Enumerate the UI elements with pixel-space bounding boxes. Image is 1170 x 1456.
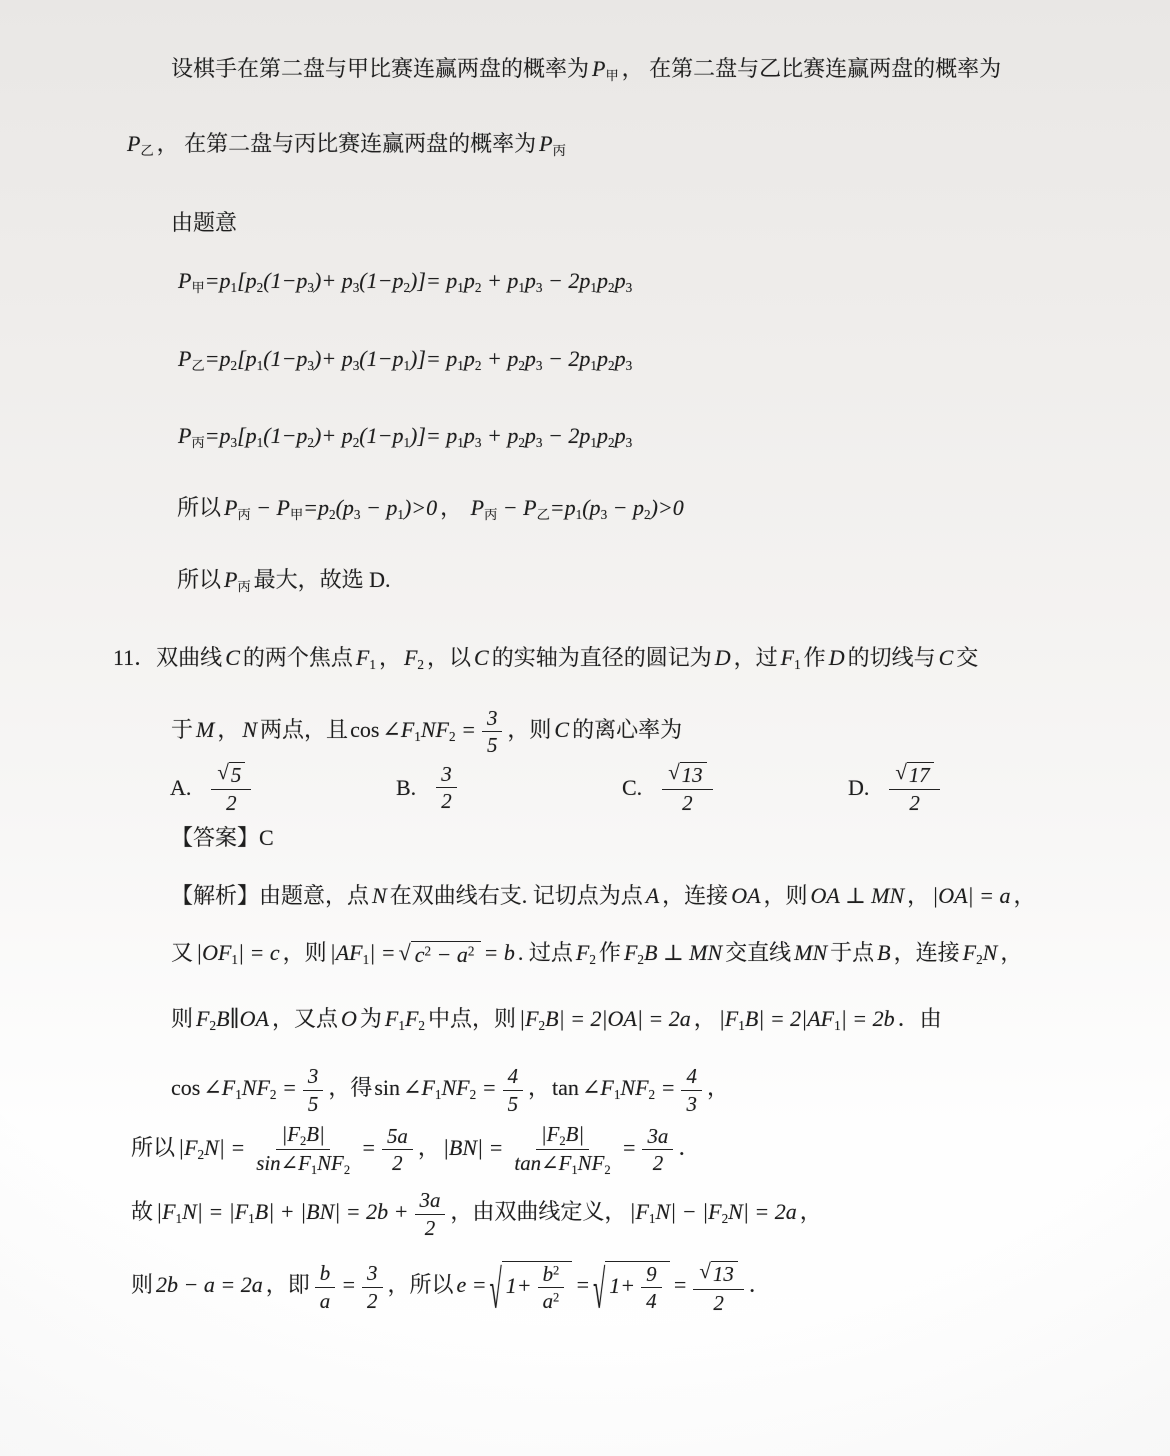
math-run: P甲=p1[p2(1−p3)+ p3(1−p2)]= p1p2 + p1p3 −… [176, 268, 634, 293]
fraction: √132 [693, 1259, 743, 1315]
math-run: P丙 − P乙=p1(p3 − p2)>0 [469, 495, 686, 520]
fraction: 35 [482, 706, 502, 758]
text-run: ， [439, 495, 469, 520]
text-run: 故 [130, 1199, 154, 1224]
analysis-line-5: 所以|F2N| =|F2B|sin∠F1NF2=5a2，|BN| =|F2B|t… [0, 1122, 1170, 1179]
fraction-denominator: 5 [503, 1091, 523, 1117]
option-b: B. 32 [396, 762, 622, 814]
text-run: ，则 [763, 883, 809, 908]
fraction: 45 [503, 1064, 523, 1116]
fraction-numerator: √17 [889, 760, 939, 790]
fraction-numerator: |F2B| [276, 1122, 329, 1151]
math-run: F2B∥OA [194, 1006, 271, 1031]
text-run: ， [799, 1199, 823, 1224]
math-run: ∠F1NF2 = [401, 1075, 499, 1100]
text-run: 为 [359, 1006, 383, 1031]
math-run: F1 [779, 645, 803, 670]
option-c: C. √132 [622, 760, 848, 816]
sqrt-radical: √17 [895, 762, 933, 788]
text-run: sin [373, 1075, 401, 1100]
fraction-numerator: 5a [382, 1124, 413, 1151]
text-run: 则 [170, 1006, 194, 1031]
analysis-line-4: cos∠F1NF2 =35，得sin∠F1NF2 =45，tan∠F1NF2 =… [0, 1064, 1170, 1116]
fraction-numerator: 3 [362, 1261, 382, 1288]
text-run: 11．双曲线 [112, 645, 223, 670]
fraction: 32 [362, 1261, 382, 1313]
math-run: |F2N| = [176, 1135, 247, 1160]
text-run: ，得 [327, 1075, 373, 1100]
radical-sign: √ [490, 1261, 502, 1318]
fraction-numerator: 3a [642, 1124, 673, 1151]
question-11-line-2: 于M，N两点，且cos∠F1NF2 =35，则C的离心率为 [0, 706, 1170, 758]
radical-sign: √ [668, 762, 679, 784]
text-run: ， [417, 1135, 441, 1160]
math-run: P丙=p3[p1(1−p2)+ p2(1−p1)]= p1p3 + p2p3 −… [176, 423, 634, 448]
fraction-numerator: b [315, 1261, 335, 1288]
option-c-value: √132 [658, 760, 716, 816]
math-run: C [472, 645, 491, 670]
fraction-numerator: 3a [415, 1188, 446, 1215]
fraction-numerator: b2 [538, 1262, 565, 1289]
fraction-numerator: 3 [482, 706, 502, 733]
math-run: F2B ⊥ MN [622, 940, 724, 965]
text-run: ，则 [282, 940, 328, 965]
text-run: ，连接 [661, 883, 729, 908]
text-run: 交 [955, 645, 979, 670]
text-run: ，则 [506, 717, 552, 742]
radicand: 1+b2a2 [502, 1261, 573, 1314]
radicand: c2 − a2 [411, 941, 481, 968]
fraction-numerator: 3 [303, 1064, 323, 1091]
math-run: = [620, 1135, 639, 1160]
answer-line: 【答案】C [0, 821, 1170, 855]
analysis-line-3: 则F2B∥OA，又点O为F1F2中点，则|F2B| = 2|OA| = 2a，|… [0, 1002, 1170, 1043]
fraction: 3a2 [415, 1188, 446, 1240]
radical-sign: √ [217, 762, 228, 784]
text-run: cos [349, 717, 380, 742]
math-run: = [573, 1272, 592, 1297]
prob-setup-line-2: P乙， 在第二盘与丙比赛连赢两盘的概率为P丙 [0, 127, 1170, 168]
math-run: N [370, 883, 389, 908]
text-run: ， [906, 883, 930, 908]
fraction-denominator: sin∠F1NF2 [251, 1150, 355, 1178]
text-run: 作 [803, 645, 827, 670]
math-run: c2 − a2 [413, 942, 477, 967]
text-run: ， [216, 717, 240, 742]
math-run: F2 [402, 645, 426, 670]
text-run: ． [677, 1135, 701, 1160]
math-run: P乙=p2[p1(1−p3)+ p3(1−p1)]= p1p2 + p2p3 −… [176, 346, 634, 371]
text-run: 的离心率为 [571, 717, 683, 742]
fraction-denominator: 2 [648, 1150, 668, 1176]
fraction-denominator: 2 [677, 790, 697, 816]
fraction-numerator: 4 [503, 1064, 523, 1091]
text-run: tan [551, 1075, 580, 1100]
math-run: ∠F1NF2 = [380, 717, 478, 742]
math-run: P丙 [222, 567, 253, 592]
radicand: 1+94 [605, 1261, 669, 1314]
math-run: 1+ [607, 1273, 637, 1298]
text-run: . 过点 [517, 940, 574, 965]
option-a-label: A. [170, 771, 191, 805]
math-run: P丙 − P甲=p2(p3 − p1)>0 [222, 495, 439, 520]
sqrt-radical: √1+94 [593, 1261, 669, 1314]
math-run: F2 [574, 940, 598, 965]
text-run: ， [1012, 883, 1036, 908]
fraction-numerator: 3 [436, 762, 456, 789]
option-a: A. √52 [170, 760, 396, 816]
text-run: 最大，故选 D. [253, 567, 392, 592]
math-run: F1 [354, 645, 378, 670]
option-b-value: 32 [432, 762, 460, 814]
math-run: ∠F1NF2 = [201, 1075, 299, 1100]
sqrt-radical: √1+b2a2 [490, 1261, 573, 1314]
option-b-label: B. [396, 771, 416, 805]
option-d-value: √172 [885, 760, 943, 816]
math-run: C [552, 717, 571, 742]
fraction-denominator: 5 [303, 1091, 323, 1117]
math-run: F2N [961, 940, 1000, 965]
fraction-numerator: √13 [693, 1259, 743, 1289]
options-row: A. √52 B. 32 C. √132 D. √172 [0, 760, 1170, 816]
fraction: |F2B|tan∠F1NF2 [509, 1122, 615, 1179]
fraction: 43 [681, 1064, 701, 1116]
text-run: 由题意 [170, 210, 238, 235]
fraction-numerator: √13 [662, 760, 712, 790]
fraction: 5a2 [382, 1124, 413, 1176]
radicand: 17 [907, 762, 934, 788]
math-run: |F2B| = 2|OA| = 2a [517, 1006, 693, 1031]
fraction: ba [315, 1261, 335, 1313]
sqrt-radical: √c2 − a2 [399, 941, 481, 968]
text-run: ，即 [265, 1272, 311, 1297]
text-run: 的实轴为直径的圆记为 [491, 645, 713, 670]
fraction-numerator: 9 [641, 1262, 661, 1289]
sqrt-radical: √5 [217, 762, 245, 788]
text-run: ，由双曲线定义， [449, 1199, 627, 1224]
text-run: ，以 [426, 645, 472, 670]
text-run: ， [693, 1006, 717, 1031]
fraction-denominator: a [315, 1288, 335, 1314]
conclusion-choose-d: 所以P丙最大，故选 D. [0, 563, 1170, 604]
text-run: 所以 [176, 495, 222, 520]
math-run: |F1B| = 2|AF1| = 2b [717, 1006, 897, 1031]
sqrt-radical: √13 [668, 762, 706, 788]
text-run: 交直线 [724, 940, 792, 965]
math-run: C [223, 645, 242, 670]
fraction: √132 [662, 760, 712, 816]
question-11-line-1: 11．双曲线C的两个焦点F1，F2，以C的实轴为直径的圆记为D，过F1作D的切线… [0, 641, 1170, 682]
option-d: D. √172 [848, 760, 1074, 816]
radicand: 5 [229, 762, 245, 788]
text-run: 【答案】C [170, 825, 275, 850]
analysis-line-6: 故|F1N| = |F1B| + |BN| = 2b +3a2，由双曲线定义，|… [0, 1188, 1170, 1240]
sqrt-radical: √13 [699, 1261, 737, 1287]
fraction-denominator: 2 [221, 790, 241, 816]
math-run: D [713, 645, 733, 670]
text-run: ，又点 [271, 1006, 339, 1031]
radicand: 13 [680, 762, 707, 788]
text-run: 于点 [829, 940, 875, 965]
text-run: 两点，且 [259, 717, 349, 742]
fraction: 94 [641, 1262, 661, 1314]
fraction-denominator: 3 [681, 1091, 701, 1117]
math-run: |BN| = [441, 1135, 506, 1160]
math-run: |F1N| − |F2N| = 2a [627, 1199, 798, 1224]
radicand: 13 [711, 1261, 738, 1287]
text-run: 的两个焦点 [242, 645, 354, 670]
fraction-denominator: 2 [362, 1288, 382, 1314]
fraction-denominator: 2 [904, 790, 924, 816]
fraction-denominator: 4 [641, 1288, 661, 1314]
text-run: ．由 [897, 1006, 943, 1031]
text-run: ，连接 [893, 940, 961, 965]
text-run: ， 在第二盘与乙比赛连赢两盘的概率为 [621, 56, 1003, 81]
math-run: D [827, 645, 847, 670]
by-problem-statement: 由题意 [0, 206, 1170, 240]
text-run: ． [748, 1272, 772, 1297]
text-run: ， 在第二盘与丙比赛连赢两盘的概率为 [156, 131, 538, 156]
text-run: ，过 [733, 645, 779, 670]
difference-inequalities: 所以P丙 − P甲=p2(p3 − p1)>0， P丙 − P乙=p1(p3 −… [0, 491, 1170, 532]
option-d-label: D. [848, 771, 869, 805]
fraction: b2a2 [538, 1262, 565, 1314]
radical-sign: √ [399, 941, 411, 964]
document-body: 设棋手在第二盘与甲比赛连赢两盘的概率为P甲， 在第二盘与乙比赛连赢两盘的概率为 … [0, 0, 1170, 1315]
math-run: |OA| = a [930, 883, 1012, 908]
text-run: 设棋手在第二盘与甲比赛连赢两盘的概率为 [170, 56, 590, 81]
math-run: M [194, 717, 216, 742]
text-run: 在双曲线右支. 记切点为点 [389, 883, 644, 908]
math-run: = [339, 1272, 358, 1297]
math-run: OA [729, 883, 762, 908]
fraction: 32 [436, 762, 456, 814]
formula-p-yi: P乙=p2[p1(1−p3)+ p3(1−p1)]= p1p2 + p2p3 −… [0, 342, 1170, 383]
fraction: √172 [889, 760, 939, 816]
text-run: 所以 [176, 567, 222, 592]
math-run: = b [482, 940, 517, 965]
math-run: |F1N| = |F1B| + |BN| = 2b + [154, 1199, 410, 1224]
option-c-label: C. [622, 771, 642, 805]
fraction: |F2B|sin∠F1NF2 [251, 1122, 355, 1179]
prob-setup-line-1: 设棋手在第二盘与甲比赛连赢两盘的概率为P甲， 在第二盘与乙比赛连赢两盘的概率为 [0, 52, 1170, 93]
math-run: B [875, 940, 892, 965]
analysis-line-1: 【解析】由题意，点N在双曲线右支. 记切点为点A，连接OA，则OA ⊥ MN，|… [0, 879, 1170, 913]
formula-p-bing: P丙=p3[p1(1−p2)+ p2(1−p1)]= p1p3 + p2p3 −… [0, 419, 1170, 460]
math-run: P乙 [125, 131, 156, 156]
math-run: e = [455, 1272, 489, 1297]
text-run: 【解析】由题意，点 [170, 883, 370, 908]
analysis-line-7: 则2b − a = 2a，即ba=32，所以e =√1+b2a2=√1+94=√… [0, 1259, 1170, 1315]
text-run: cos [170, 1075, 201, 1100]
fraction: 3a2 [642, 1124, 673, 1176]
math-run: = [359, 1135, 378, 1160]
text-run: ， [378, 645, 402, 670]
fraction-denominator: 2 [387, 1150, 407, 1176]
fraction-numerator: √5 [211, 760, 251, 790]
math-run: ∠F1NF2 = [580, 1075, 678, 1100]
fraction-denominator: tan∠F1NF2 [509, 1150, 615, 1178]
math-run: 1+ [504, 1273, 534, 1298]
math-run: A [644, 883, 661, 908]
math-run: = [671, 1272, 690, 1297]
math-run: MN [792, 940, 829, 965]
fraction: √52 [211, 760, 251, 816]
fraction-denominator: 2 [436, 788, 456, 814]
math-run: N [240, 717, 259, 742]
radical-sign: √ [895, 762, 906, 784]
exam-solution-page: 设棋手在第二盘与甲比赛连赢两盘的概率为P甲， 在第二盘与乙比赛连赢两盘的概率为 … [0, 0, 1170, 1456]
radical-sign: √ [593, 1261, 605, 1318]
text-run: 则 [130, 1272, 154, 1297]
fraction: 35 [303, 1064, 323, 1116]
text-run: 的切线与 [847, 645, 937, 670]
math-run: C [937, 645, 956, 670]
fraction-denominator: 2 [708, 1290, 728, 1316]
text-run: 于 [170, 717, 194, 742]
text-run: 所以 [130, 1135, 176, 1160]
math-run: 2b − a = 2a [154, 1272, 265, 1297]
text-run: 中点，则 [427, 1006, 517, 1031]
math-run: O [339, 1006, 359, 1031]
math-run: |AF1| = [328, 940, 398, 965]
text-run: 作 [598, 940, 622, 965]
fraction-numerator: 4 [681, 1064, 701, 1091]
math-run: |OF1| = c [194, 940, 282, 965]
text-run: ， [527, 1075, 551, 1100]
fraction-denominator: a2 [538, 1288, 565, 1314]
fraction-denominator: 5 [482, 732, 502, 758]
text-run: ， [999, 940, 1023, 965]
text-run: 又 [170, 940, 194, 965]
text-run: ，所以 [387, 1272, 455, 1297]
formula-p-jia: P甲=p1[p2(1−p3)+ p3(1−p2)]= p1p2 + p1p3 −… [0, 264, 1170, 305]
fraction-numerator: |F2B| [536, 1122, 589, 1151]
text-run: ， [706, 1075, 730, 1100]
math-run: P甲 [590, 56, 621, 81]
radical-sign: √ [699, 1261, 710, 1283]
math-run: F1F2 [383, 1006, 427, 1031]
math-run: P丙 [537, 131, 568, 156]
math-run: OA ⊥ MN [809, 883, 907, 908]
fraction-denominator: 2 [420, 1215, 440, 1241]
analysis-line-2: 又|OF1| = c，则|AF1| =√c2 − a2= b. 过点F2作F2B… [0, 936, 1170, 977]
option-a-value: √52 [207, 760, 255, 816]
